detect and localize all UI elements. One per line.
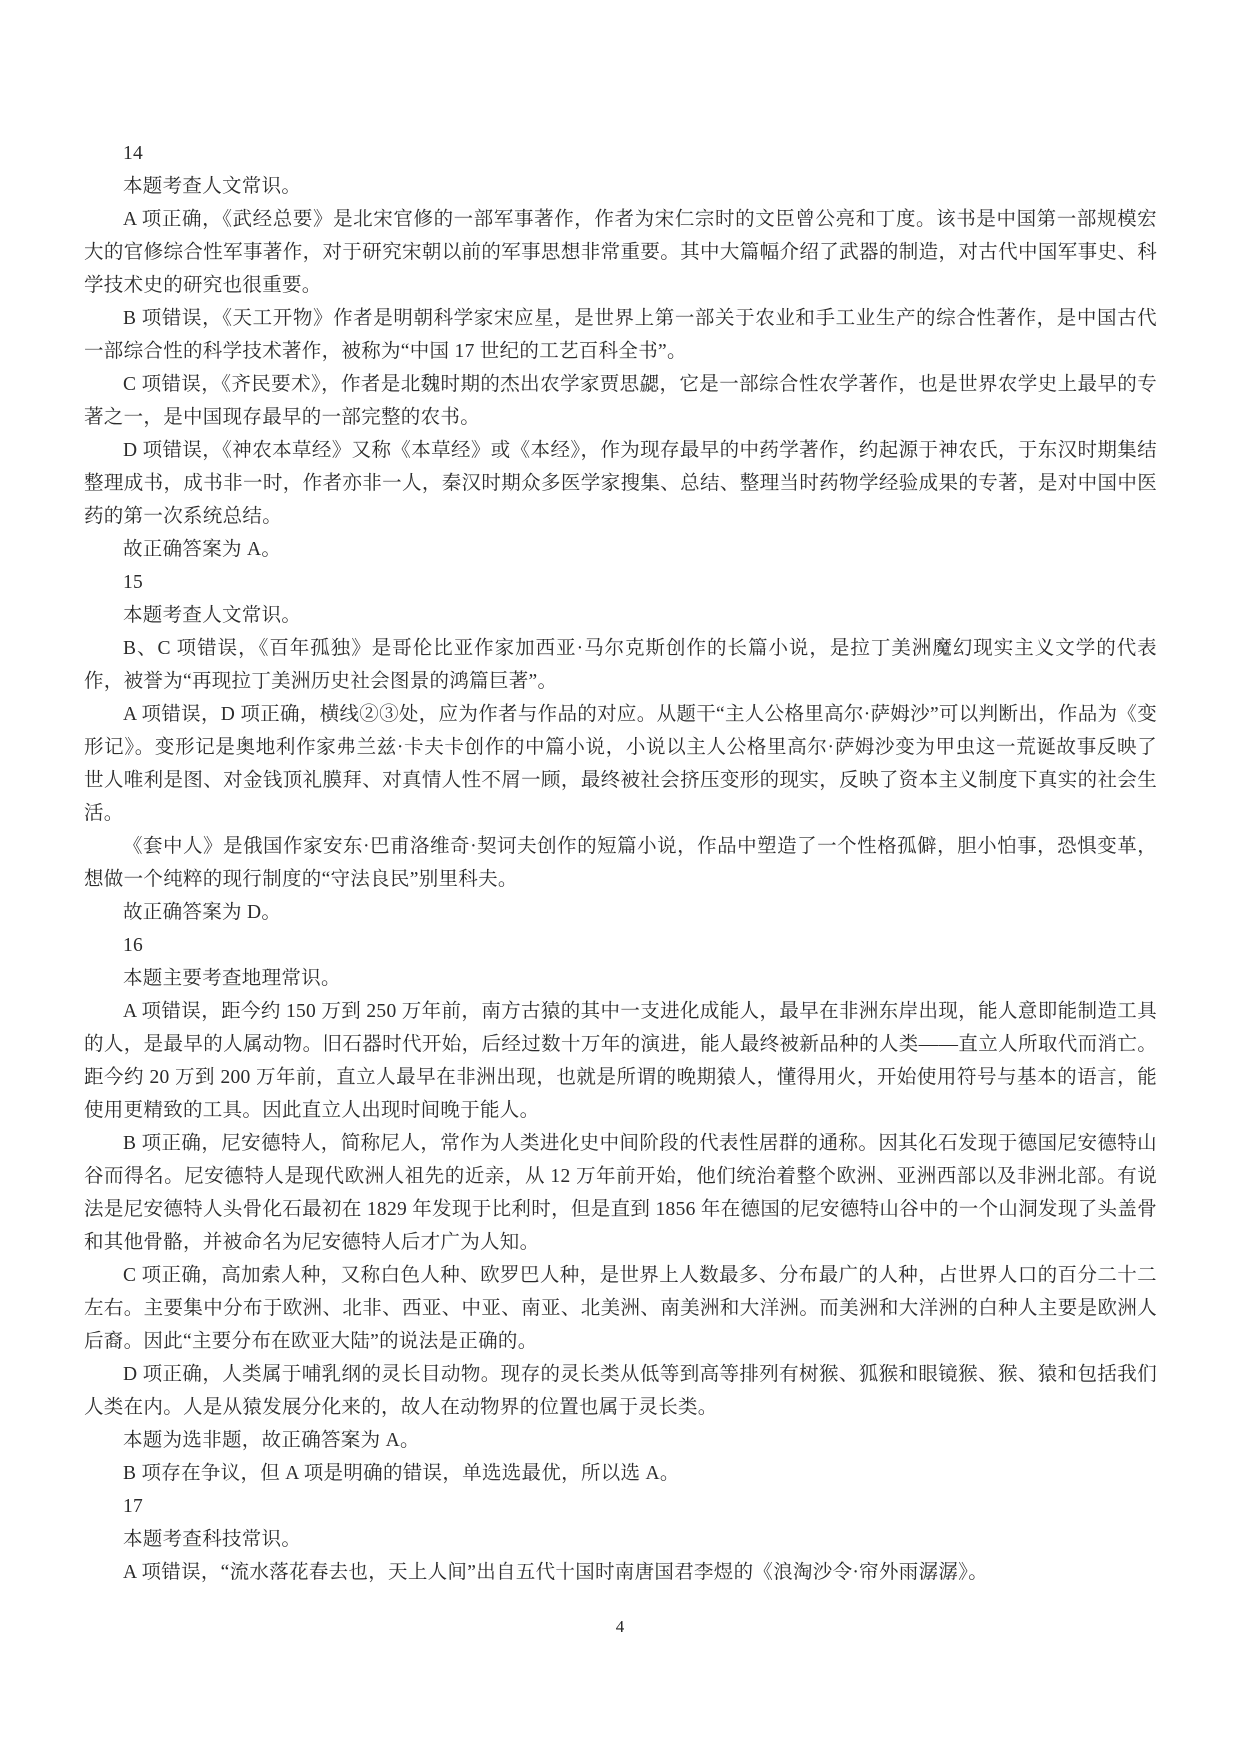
q16-option-d: D 项正确，人类属于哺乳纲的灵长目动物。现存的灵长类从低等到高等排列有树猴、狐猴… — [84, 1358, 1157, 1424]
q15-number: 15 — [84, 566, 1157, 599]
q17-intro: 本题考查科技常识。 — [84, 1523, 1157, 1556]
q16-option-b: B 项正确，尼安德特人，简称尼人，常作为人类进化史中间阶段的代表性居群的通称。因… — [84, 1127, 1157, 1259]
q16-option-c: C 项正确，高加索人种，又称白色人种、欧罗巴人种，是世界上人数最多、分布最广的人… — [84, 1259, 1157, 1358]
q15-extra: 《套中人》是俄国作家安东·巴甫洛维奇·契诃夫创作的短篇小说，作品中塑造了一个性格… — [84, 830, 1157, 896]
q17-option-a: A 项错误，“流水落花春去也，天上人间”出自五代十国时南唐国君李煜的《浪淘沙令·… — [84, 1556, 1157, 1589]
q14-option-b: B 项错误，《天工开物》作者是明朝科学家宋应星，是世界上第一部关于农业和手工业生… — [84, 302, 1157, 368]
q16-option-a: A 项错误，距今约 150 万到 250 万年前，南方古猿的其中一支进化成能人，… — [84, 995, 1157, 1127]
page-number: 4 — [0, 1617, 1240, 1637]
q14-option-c: C 项错误，《齐民要术》，作者是北魏时期的杰出农学家贾思勰，它是一部综合性农学著… — [84, 368, 1157, 434]
q14-answer: 故正确答案为 A。 — [84, 533, 1157, 566]
q15-intro: 本题考查人文常识。 — [84, 599, 1157, 632]
q14-option-a: A 项正确，《武经总要》是北宋官修的一部军事著作，作者为宋仁宗时的文臣曾公亮和丁… — [84, 203, 1157, 302]
q16-answer: 本题为选非题，故正确答案为 A。 — [84, 1424, 1157, 1457]
document-page: 14 本题考查人文常识。 A 项正确，《武经总要》是北宋官修的一部军事著作，作者… — [0, 0, 1240, 1754]
q15-option-ad: A 项错误，D 项正确，横线②③处，应为作者与作品的对应。从题干“主人公格里高尔… — [84, 698, 1157, 830]
q14-intro: 本题考查人文常识。 — [84, 170, 1157, 203]
document-body: 14 本题考查人文常识。 A 项正确，《武经总要》是北宋官修的一部军事著作，作者… — [84, 137, 1157, 1589]
q16-note: B 项存在争议，但 A 项是明确的错误，单选选最优，所以选 A。 — [84, 1457, 1157, 1490]
q15-answer: 故正确答案为 D。 — [84, 896, 1157, 929]
q16-intro: 本题主要考查地理常识。 — [84, 962, 1157, 995]
q15-option-bc: B、C 项错误，《百年孤独》是哥伦比亚作家加西亚·马尔克斯创作的长篇小说，是拉丁… — [84, 632, 1157, 698]
q17-number: 17 — [84, 1490, 1157, 1523]
q16-number: 16 — [84, 929, 1157, 962]
q14-number: 14 — [84, 137, 1157, 170]
q14-option-d: D 项错误，《神农本草经》又称《本草经》或《本经》，作为现存最早的中药学著作，约… — [84, 434, 1157, 533]
